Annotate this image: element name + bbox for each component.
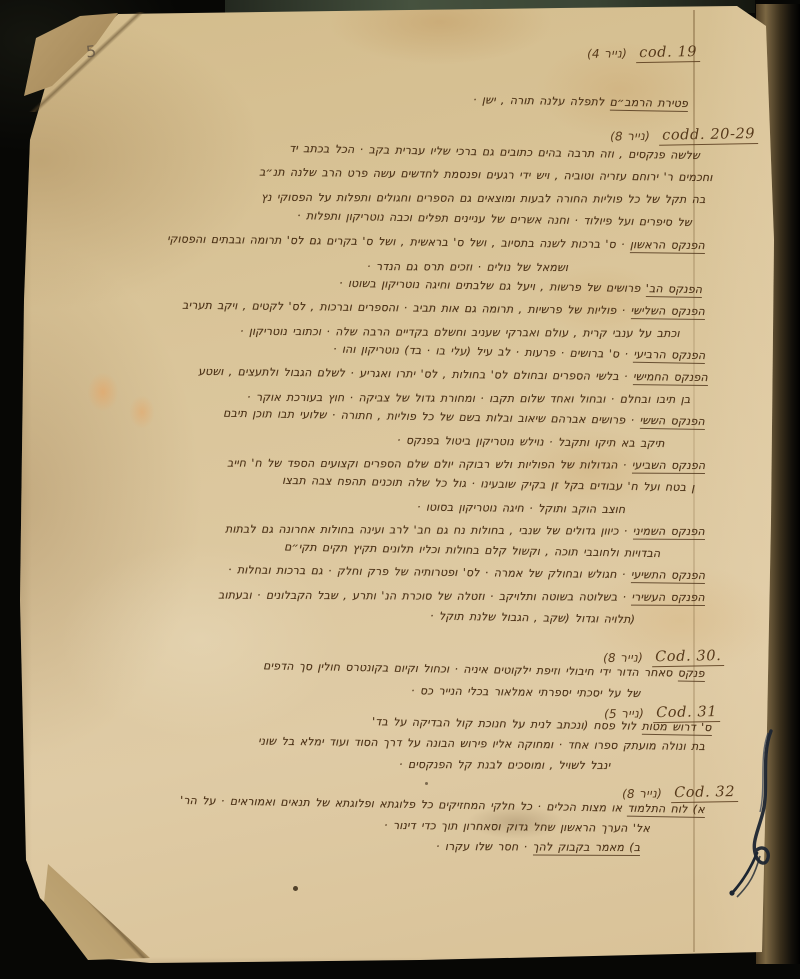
manuscript-line: ינבל לשויל , ומוסכים לבנת קל הפנקסים · bbox=[399, 759, 610, 771]
manuscript-line: בה תקל של כל פוליות החורה לבעות ומוצאים … bbox=[260, 192, 705, 205]
codex-label: Cod. 32 bbox=[671, 784, 738, 803]
line-text: · חגולש ובחולק של אמרה · לס' ופטרותיה של… bbox=[228, 563, 626, 581]
text-layer: (נייר 4)cod. 19פטירת הרמב״ם לתפלה עלנה ת… bbox=[0, 0, 800, 979]
manuscript-line: בן תיבו ובחלם · ובחול ואחד שלום תקבו · ו… bbox=[247, 392, 690, 405]
paper-count-note: (נייר 8) bbox=[610, 129, 650, 144]
codex-label: Cod. 30. bbox=[652, 648, 724, 667]
line-text: · כיוון גדולים של שנבי , בחולות נח גם חב… bbox=[225, 522, 628, 537]
manuscript-line: בת ונולה מועתק ספרו אחד · ומחוקה אליו פי… bbox=[258, 736, 705, 752]
line-head: הפנקס החמישי bbox=[633, 370, 708, 386]
manuscript-line: של על יסכתי יספרתי אמלאור בכלי הנייר כס … bbox=[411, 685, 640, 699]
line-head: פטירת הרמב״ם bbox=[609, 96, 688, 112]
line-head: פנקס bbox=[678, 667, 705, 682]
line-text: חוצב הוקב ותוקל · חיגה נוטריקון בסוטו · bbox=[417, 500, 625, 516]
line-text: הבדויות ולחובבי תוכה , וקשול קלם בחולות … bbox=[284, 540, 660, 560]
manuscript-line: הפנקס התשיעי · חגולש ובחולק של אמרה · לס… bbox=[228, 564, 705, 581]
manuscript-line: ן בטח ועל ח' עבודים בקל זן בקיק שובעינו … bbox=[282, 475, 695, 493]
codex-label: codd. 20-29 bbox=[659, 126, 758, 146]
paper-count-note: (נייר 4) bbox=[587, 46, 627, 61]
line-head: ס' דרוש מטות bbox=[642, 720, 712, 736]
line-text: לול פסח (ונכתב לנית על חנוכת קול הבדיקה … bbox=[372, 715, 636, 733]
manuscript-line: תיקב בא תיקו ותקבל · נוילש נוטריקון ביטו… bbox=[397, 435, 665, 449]
line-text: · בשלוטה בשוטה ותלויקב · וזטלה של סוכרת … bbox=[218, 588, 626, 603]
line-head: הפנקס התשיעי bbox=[631, 568, 706, 584]
manuscript-line: הפנקס הרביעי · ס' ברושים · פרעות · לב עי… bbox=[333, 344, 705, 361]
line-text: אל' הערך הראשון שחל גדוק וסאחרון תוך כדי… bbox=[384, 819, 650, 835]
manuscript-line: הפנקס העשירי · בשלוטה בשוטה ותלויקב · וז… bbox=[218, 589, 705, 603]
manuscript-line: (תלויה וגדול (שקב , הגבול שלנת תוקל · bbox=[430, 610, 635, 625]
manuscript-line: וכתב על ענבי קרית , עולם ואברקי שעניב וח… bbox=[240, 326, 680, 339]
line-text: פרושים של פרשות , ויעל גם שלבתים וחיגה נ… bbox=[339, 277, 641, 295]
manuscript-line: הפנקס החמישי · בלשי הספרים ובחולם לס' בח… bbox=[198, 366, 708, 383]
line-head: הפנקס הראשון bbox=[630, 238, 705, 254]
line-head: הפנקס הששי bbox=[640, 414, 705, 430]
line-head: הפנקס הב' bbox=[645, 282, 702, 298]
manuscript-line: הבדויות ולחובבי תוכה , וקשול קלם בחולות … bbox=[284, 541, 660, 559]
manuscript-line: חוצב הוקב ותוקל · חיגה נוטריקון בסוטו · bbox=[417, 501, 625, 515]
line-text: וכתב על ענבי קרית , עולם ואברקי שעניב וח… bbox=[240, 325, 680, 340]
paper-count-note: (נייר 8) bbox=[603, 650, 643, 665]
line-text: בת ונולה מועתק ספרו אחד · ומחוקה אליו פי… bbox=[258, 735, 705, 753]
line-text: של על יסכתי יספרתי אמלאור בכלי הנייר כס … bbox=[411, 684, 640, 700]
paper-count-note: (נייר 8) bbox=[622, 786, 662, 801]
line-head: הפנקס הרביעי bbox=[633, 348, 705, 364]
line-text: וחכמים ר' ירוחם עזריה וטוביה , ויש ידי ר… bbox=[258, 165, 712, 184]
manuscript-line: וחכמים ר' ירוחם עזריה וטוביה , ויש ידי ר… bbox=[258, 166, 712, 183]
manuscript-photo: 5 (נייר 4)cod. 19פטירת הרמב״ם לתפלה עלנה… bbox=[0, 0, 800, 979]
line-head: הפנקס השמיני bbox=[633, 525, 705, 540]
line-text: ן בטח ועל ח' עבודים בקל זן בקיק שובעינו … bbox=[282, 474, 695, 494]
manuscript-line: ב) מאמר בקבוק להך · חסר שלו עקרו · bbox=[436, 841, 640, 853]
section-header: (נייר 4)cod. 19 bbox=[587, 44, 700, 64]
line-text: · פוליות של פרשיות , תרומה גם אות תביב ·… bbox=[182, 299, 625, 317]
line-text: או מצות הכלים · כל חלקי המחזיקים כל פלוג… bbox=[180, 794, 622, 815]
line-text: של סיפרים ועל פיולוד · וחנה אשרים של עני… bbox=[297, 209, 692, 229]
manuscript-line: ושמאל של נולים · וזכים תרס גם הנדר · bbox=[367, 261, 568, 273]
manuscript-line: הפנקס הב' פרושים של פרשות , ויעל גם שלבת… bbox=[339, 278, 702, 295]
line-text: תיקב בא תיקו ותקבל · נוילש נוטריקון ביטו… bbox=[397, 434, 665, 450]
line-text: · חסר שלו עקרו · bbox=[436, 840, 527, 853]
manuscript-line: של סיפרים ועל פיולוד · וחנה אשרים של עני… bbox=[297, 210, 692, 228]
line-text: · בלשי הספרים ובחולם לס' בחולות , לס' ית… bbox=[198, 365, 628, 383]
line-text: בן תיבו ובחלם · ובחול ואחד שלום תקבו · ו… bbox=[247, 391, 690, 406]
codex-label: cod. 19 bbox=[636, 44, 700, 63]
line-head: ב) מאמר בקבוק להך bbox=[532, 840, 640, 856]
line-text: לתפלה עלנה תורה , ישן · bbox=[473, 93, 605, 108]
line-text: בה תקל של כל פוליות החורה לבעות ומוצאים … bbox=[260, 191, 705, 206]
line-head: הפנקס העשירי bbox=[632, 591, 705, 606]
manuscript-line: הפנקס השביעי · הגדולות של הפוליות ולש רב… bbox=[227, 457, 705, 471]
line-text: · פרושים אברהם שיאוב ובלות בשם של כל פול… bbox=[223, 407, 634, 427]
manuscript-line: פטירת הרמב״ם לתפלה עלנה תורה , ישן · bbox=[473, 94, 688, 109]
line-head: הפנקס השלישי bbox=[631, 304, 705, 320]
line-text: ושמאל של נולים · וזכים תרס גם הנדר · bbox=[367, 260, 568, 274]
line-head: א) לוח התלמוד bbox=[627, 802, 705, 818]
manuscript-line: הפנקס הראשון · ס' ברכות לשנה בתסיוב , וש… bbox=[167, 233, 705, 251]
manuscript-line: אל' הערך הראשון שחל גדוק וסאחרון תוך כדי… bbox=[384, 820, 650, 834]
line-text: · הגדולות של הפוליות ולש רבוקה יולם שלם … bbox=[227, 456, 627, 471]
manuscript-line: הפנקס הששי · פרושים אברהם שיאוב ובלות בש… bbox=[223, 408, 705, 427]
line-text: · ס' ברכות לשנה בתסיוב , ושל ס' בראשית ,… bbox=[167, 232, 625, 251]
line-text: ינבל לשויל , ומוסכים לבנת קל הפנקסים · bbox=[399, 758, 610, 772]
line-text: · ס' ברושים · פרעות · לב עיל (עלי בו · ב… bbox=[333, 343, 628, 361]
manuscript-line: הפנקס השלישי · פוליות של פרשיות , תרומה … bbox=[182, 300, 705, 317]
section-header: (נייר 8)codd. 20-29 bbox=[610, 126, 759, 147]
line-head: הפנקס השביעי bbox=[632, 459, 706, 474]
manuscript-line: הפנקס השמיני · כיוון גדולים של שנבי , בח… bbox=[225, 523, 705, 537]
line-text: (תלויה וגדול (שקב , הגבול שלנת תוקל · bbox=[430, 609, 635, 626]
